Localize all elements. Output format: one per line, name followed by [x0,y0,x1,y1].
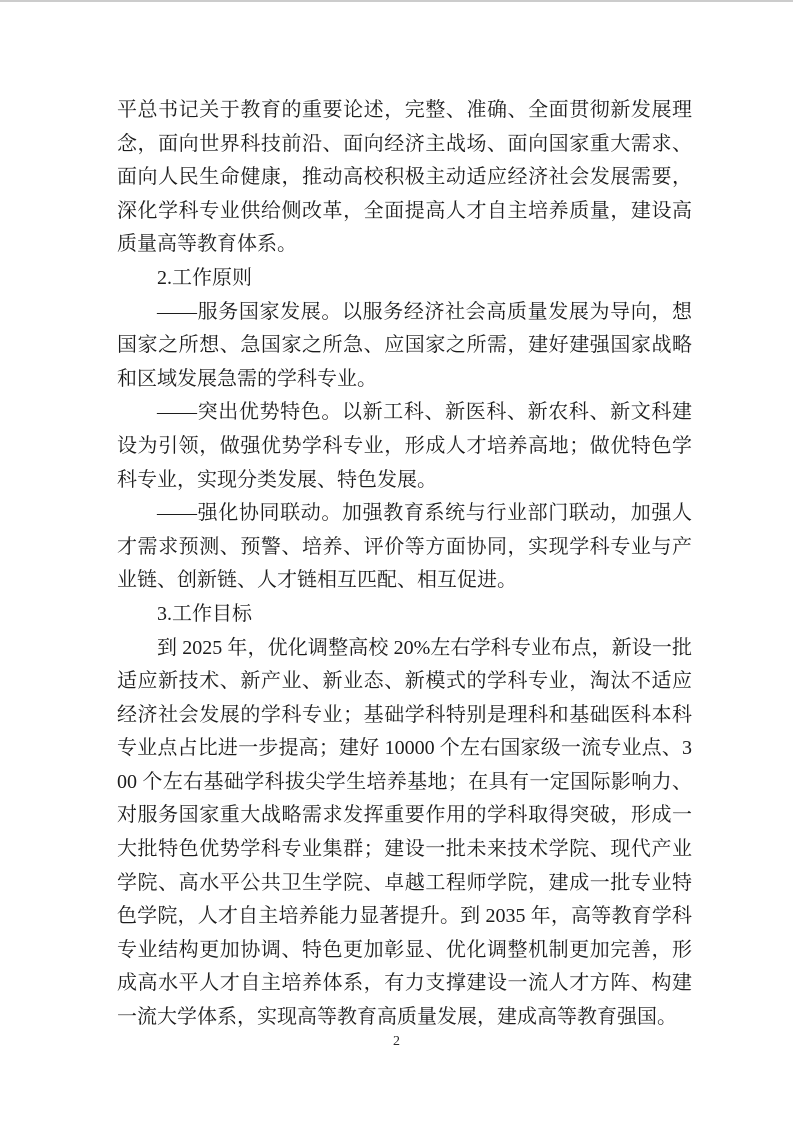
paragraph-goals-2025-2035: 到 2025 年，优化调整高校 20%左右学科专业布点，新设一批适应新技术、新产… [117,632,692,1035]
section-heading-work-principles: 2.工作原则 [117,262,692,296]
document-body: 平总书记关于教育的重要论述，完整、准确、全面贯彻新发展理念，面向世界科技前沿、面… [117,94,692,1035]
page-number: 2 [0,1032,793,1052]
page-top-edge [0,0,793,2]
section-heading-work-goals: 3.工作目标 [117,598,692,632]
continued-paragraph-guiding-ideology: 平总书记关于教育的重要论述，完整、准确、全面贯彻新发展理念，面向世界科技前沿、面… [117,94,692,262]
paragraph-serve-national-development: ——服务国家发展。以服务经济社会高质量发展为导向，想国家之所想、急国家之所急、应… [117,296,692,397]
paragraph-highlight-strengths-features: ——突出优势特色。以新工科、新医科、新农科、新文科建设为引领，做强优势学科专业，… [117,396,692,497]
paragraph-strengthen-coordination: ——强化协同联动。加强教育系统与行业部门联动，加强人才需求预测、预警、培养、评价… [117,497,692,598]
document-page: 平总书记关于教育的重要论述，完整、准确、全面贯彻新发展理念，面向世界科技前沿、面… [0,0,793,1122]
